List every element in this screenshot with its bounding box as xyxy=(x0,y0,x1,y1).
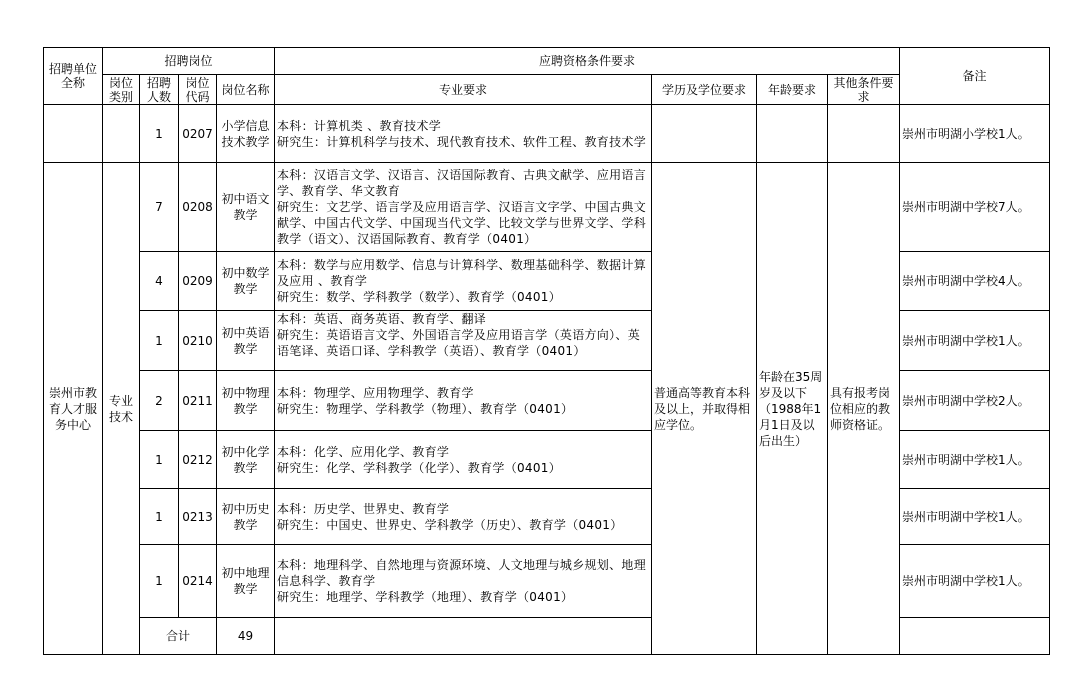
major-graduate: 研究生：化学、学科教学（化学）、教育学（0401） xyxy=(277,460,649,476)
headcount-cell: 1 xyxy=(140,489,179,545)
table-row: 1 0207 小学信息技术教学 本科：计算机类 、教育技术学 研究生：计算机科学… xyxy=(44,105,1050,163)
code-cell: 0214 xyxy=(179,545,217,618)
major-cell: 本科：英语、商务英语、教育学、翻译 研究生：英语语言文学、外国语言学及应用语言学… xyxy=(275,311,652,371)
position-name-cell: 初中历史教学 xyxy=(217,489,275,545)
other-cell-empty xyxy=(828,105,900,163)
major-graduate: 研究生：地理学、学科教学（地理）、教育学（0401） xyxy=(277,589,649,605)
table-row: 1 0213 初中历史教学 本科：历史学、世界史、教育学 研究生：中国史、世界史… xyxy=(44,489,1050,545)
major-cell: 本科：地理科学、自然地理与资源环境、人文地理与城乡规划、地理信息科学、教育学 研… xyxy=(275,545,652,618)
major-cell: 本科：物理学、应用物理学、教育学 研究生：物理学、学科教学（物理）、教育学（04… xyxy=(275,371,652,431)
headcount-cell: 1 xyxy=(140,431,179,489)
total-empty-cell xyxy=(275,618,1050,655)
major-undergrad: 本科：历史学、世界史、教育学 xyxy=(277,501,649,517)
remark-cell: 崇州市明湖中学校7人。 xyxy=(900,163,1050,252)
code-cell: 0213 xyxy=(179,489,217,545)
major-undergrad: 本科：地理科学、自然地理与资源环境、人文地理与城乡规划、地理信息科学、教育学 xyxy=(277,557,649,589)
unit-name-cell: 崇州市教育人才服务中心 xyxy=(44,163,103,655)
major-graduate: 研究生：文艺学、语言学及应用语言学、汉语言文字学、中国古典文献学、中国古代文学、… xyxy=(277,199,649,247)
remark-cell: 崇州市明湖中学校1人。 xyxy=(900,311,1050,371)
major-cell: 本科：化学、应用化学、教育学 研究生：化学、学科教学（化学）、教育学（0401） xyxy=(275,431,652,489)
major-graduate: 研究生：中国史、世界史、学科教学（历史）、教育学（0401） xyxy=(277,517,649,533)
header-age-requirements: 年龄要求 xyxy=(757,75,828,105)
major-undergrad: 本科：计算机类 、教育技术学 xyxy=(277,118,649,134)
header-position-code: 岗位代码 xyxy=(179,75,217,105)
header-other-requirements: 其他条件要求 xyxy=(828,75,900,105)
code-cell: 0207 xyxy=(179,105,217,163)
position-name-cell: 初中地理教学 xyxy=(217,545,275,618)
header-headcount: 招聘人数 xyxy=(140,75,179,105)
headcount-cell: 1 xyxy=(140,545,179,618)
position-name-cell: 初中化学教学 xyxy=(217,431,275,489)
code-cell: 0210 xyxy=(179,311,217,371)
headcount-cell: 1 xyxy=(140,105,179,163)
total-label: 合计 xyxy=(140,618,217,655)
header-position-name: 岗位名称 xyxy=(217,75,275,105)
code-cell: 0211 xyxy=(179,371,217,431)
remark-cell: 崇州市明湖中学校1人。 xyxy=(900,545,1050,618)
position-name-cell: 初中英语教学 xyxy=(217,311,275,371)
table-row: 1 0210 初中英语教学 本科：英语、商务英语、教育学、翻译 研究生：英语语言… xyxy=(44,311,1050,371)
major-graduate: 研究生：计算机科学与技术、现代教育技术、软件工程、教育技术学 xyxy=(277,134,649,150)
category-cell: 专业技术 xyxy=(103,163,140,655)
code-cell: 0212 xyxy=(179,431,217,489)
major-undergrad: 本科：物理学、应用物理学、教育学 xyxy=(277,385,649,401)
age-cell-empty xyxy=(757,105,828,163)
major-graduate: 研究生：数学、学科教学（数学）、教育学（0401） xyxy=(277,289,649,305)
recruitment-table: 招聘单位全称 招聘岗位 应聘资格条件要求 备注 岗位类别 招聘人数 岗位代码 岗… xyxy=(43,47,1050,655)
major-undergrad: 本科：汉语言文学、汉语言、汉语国际教育、古典文献学、应用语言学、教育学、华文教育 xyxy=(277,167,649,199)
education-cell: 普通高等教育本科及以上，并取得相应学位。 xyxy=(652,163,757,655)
table-row: 崇州市教育人才服务中心 专业技术 7 0208 初中语文教学 本科：汉语言文学、… xyxy=(44,163,1050,252)
education-cell-empty xyxy=(652,105,757,163)
unit-cell-empty xyxy=(44,105,103,163)
major-undergrad: 本科：英语、商务英语、教育学、翻译 xyxy=(277,311,649,327)
major-undergrad: 本科：化学、应用化学、教育学 xyxy=(277,444,649,460)
code-cell: 0208 xyxy=(179,163,217,252)
remark-cell: 崇州市明湖中学校4人。 xyxy=(900,252,1050,311)
total-row: 合计 49 xyxy=(44,618,1050,655)
major-undergrad: 本科：数学与应用数学、信息与计算科学、数理基础科学、数据计算及应用 、教育学 xyxy=(277,257,649,289)
major-cell: 本科：汉语言文学、汉语言、汉语国际教育、古典文献学、应用语言学、教育学、华文教育… xyxy=(275,163,652,252)
position-name-cell: 小学信息技术教学 xyxy=(217,105,275,163)
table-row: 1 0212 初中化学教学 本科：化学、应用化学、教育学 研究生：化学、学科教学… xyxy=(44,431,1050,489)
major-cell: 本科：计算机类 、教育技术学 研究生：计算机科学与技术、现代教育技术、软件工程、… xyxy=(275,105,652,163)
headcount-cell: 1 xyxy=(140,311,179,371)
remark-cell: 崇州市明湖中学校1人。 xyxy=(900,489,1050,545)
major-graduate: 研究生：物理学、学科教学（物理）、教育学（0401） xyxy=(277,401,649,417)
total-value: 49 xyxy=(217,618,275,655)
remark-cell: 崇州市明湖中学校1人。 xyxy=(900,431,1050,489)
table-row: 2 0211 初中物理教学 本科：物理学、应用物理学、教育学 研究生：物理学、学… xyxy=(44,371,1050,431)
category-cell-empty xyxy=(103,105,140,163)
header-education-requirements: 学历及学位要求 xyxy=(652,75,757,105)
position-name-cell: 初中语文教学 xyxy=(217,163,275,252)
header-qualifications-group: 应聘资格条件要求 xyxy=(275,48,900,75)
position-name-cell: 初中数学教学 xyxy=(217,252,275,311)
header-remarks: 备注 xyxy=(900,48,1050,105)
table-row: 4 0209 初中数学教学 本科：数学与应用数学、信息与计算科学、数理基础科学、… xyxy=(44,252,1050,311)
code-cell: 0209 xyxy=(179,252,217,311)
headcount-cell: 7 xyxy=(140,163,179,252)
headcount-cell: 4 xyxy=(140,252,179,311)
major-graduate: 研究生：英语语言文学、外国语言学及应用语言学（英语方向）、英语笔译、英语口译、学… xyxy=(277,327,649,359)
headcount-cell: 2 xyxy=(140,371,179,431)
header-position-group: 招聘岗位 xyxy=(103,48,275,75)
remark-cell: 崇州市明湖中学校2人。 xyxy=(900,371,1050,431)
header-major-requirements: 专业要求 xyxy=(275,75,652,105)
major-cell: 本科：历史学、世界史、教育学 研究生：中国史、世界史、学科教学（历史）、教育学（… xyxy=(275,489,652,545)
position-name-cell: 初中物理教学 xyxy=(217,371,275,431)
table-row: 1 0214 初中地理教学 本科：地理科学、自然地理与资源环境、人文地理与城乡规… xyxy=(44,545,1050,618)
other-requirements-cell: 具有报考岗位相应的教师资格证。 xyxy=(828,163,900,655)
major-cell: 本科：数学与应用数学、信息与计算科学、数理基础科学、数据计算及应用 、教育学 研… xyxy=(275,252,652,311)
header-position-category: 岗位类别 xyxy=(103,75,140,105)
remark-cell: 崇州市明湖小学校1人。 xyxy=(900,105,1050,163)
header-unit-full-name: 招聘单位全称 xyxy=(44,48,103,105)
age-cell: 年龄在35周岁及以下（1988年1月1日及以后出生） xyxy=(757,163,828,655)
